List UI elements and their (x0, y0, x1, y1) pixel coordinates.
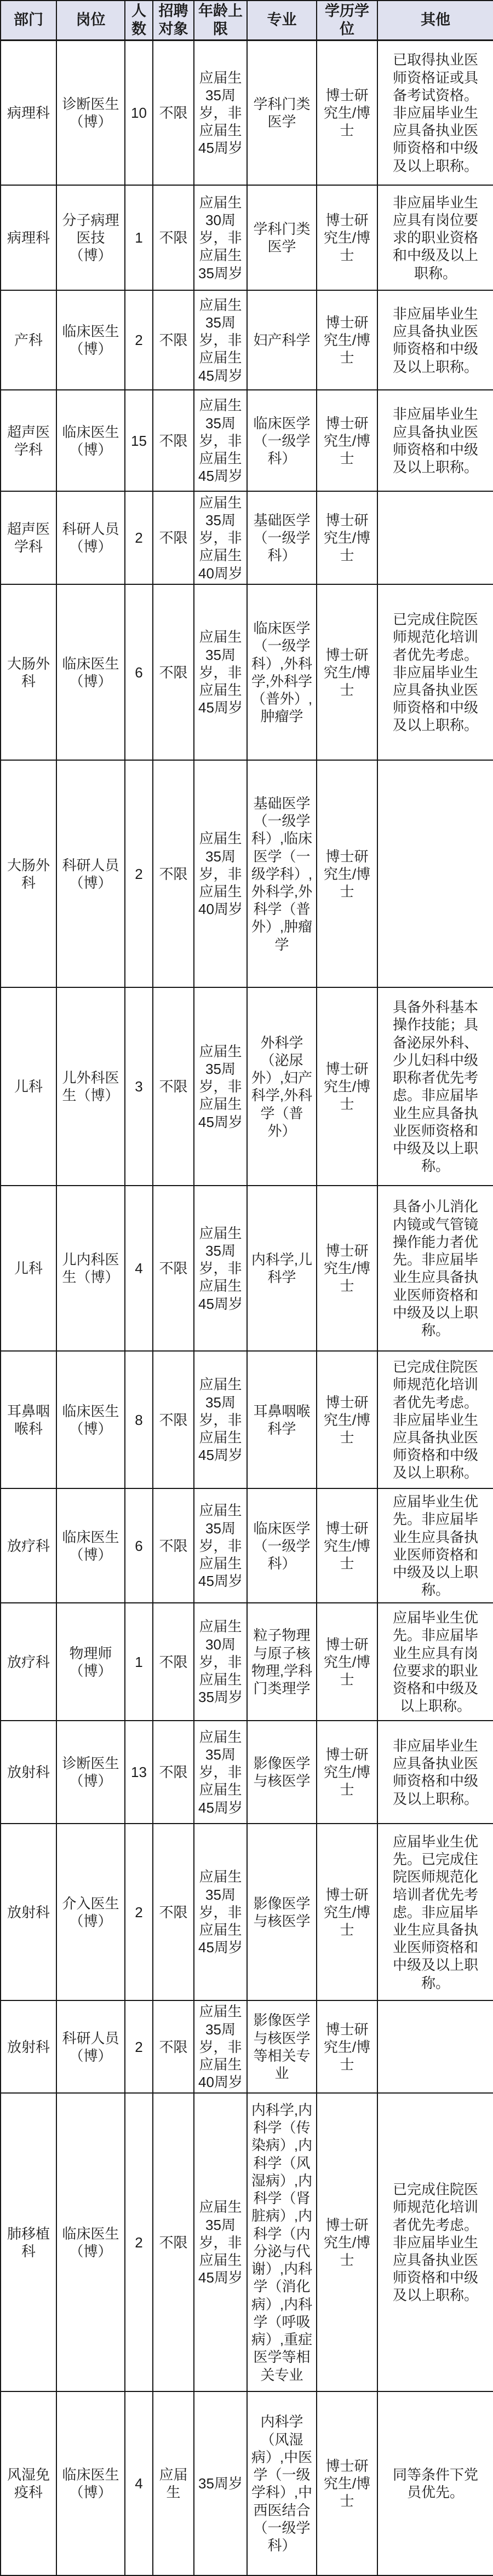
cell-count: 13 (125, 1721, 153, 1824)
cell-age-limit: 应届生35周岁，非应届生45周岁 (194, 390, 247, 491)
cell-target: 不限 (153, 987, 194, 1186)
cell-other: 非应届毕业生应具备执业医师资格和中级及以上职称。 (377, 390, 493, 491)
table-row: 放疗科 物理师（博） 1 不限 应届生30周岁，非应届生35周岁 粒子物理与原子… (1, 1603, 493, 1721)
cell-degree: 博士研究生/博士 (317, 491, 377, 584)
cell-count: 1 (125, 185, 153, 290)
cell-other: 已完成住院医师规范化培训者优先考虑。非应届毕业生应具备执业医师资格和中级及以上职… (377, 2093, 493, 2391)
cell-major: 影像医学与核医学 (247, 1824, 317, 2000)
cell-department: 放射科 (1, 1721, 56, 1824)
recruitment-table: 部门 岗位 人数 招聘对象 年龄上限 专业 学历学位 其他 病理科 诊断医生（博… (0, 0, 493, 2576)
cell-count: 6 (125, 1488, 153, 1603)
cell-post: 临床医生（博） (56, 1351, 125, 1488)
cell-department: 放疗科 (1, 1488, 56, 1603)
cell-other: 非应届毕业生应具备执业医师资格和中级及以上职称。 (377, 1721, 493, 1824)
cell-other: 已完成住院医师规范化培训者优先考虑。非应届毕业生应具备执业医师资格和中级及以上职… (377, 1351, 493, 1488)
cell-other (377, 2000, 493, 2093)
table-row: 超声医学科 科研人员（博） 2 不限 应届生35周岁，非应届生40周岁 基础医学… (1, 491, 493, 584)
cell-major: 耳鼻咽喉科学 (247, 1351, 317, 1488)
cell-count: 2 (125, 2000, 153, 2093)
cell-degree: 博士研究生/博士 (317, 1488, 377, 1603)
cell-target: 不限 (153, 1351, 194, 1488)
cell-department: 放射科 (1, 1824, 56, 2000)
cell-target: 不限 (153, 584, 194, 760)
cell-age-limit: 应届生35周岁，非应届生45周岁 (194, 1186, 247, 1351)
cell-major: 基础医学（一级学科） (247, 491, 317, 584)
column-header-degree: 学历学位 (317, 1, 377, 40)
table-row: 风湿免疫科 临床医生（博） 4 应届生 35周岁 内科学（风湿病）,中医学（一级… (1, 2391, 493, 2575)
cell-post: 临床医生（博） (56, 584, 125, 760)
cell-department: 超声医学科 (1, 491, 56, 584)
cell-degree: 博士研究生/博士 (317, 1824, 377, 2000)
cell-target: 不限 (153, 1488, 194, 1603)
cell-post: 分子病理医技（博） (56, 185, 125, 290)
cell-major: 影像医学与核医学等相关专业 (247, 2000, 317, 2093)
cell-target: 不限 (153, 2093, 194, 2391)
table-row: 超声医学科 临床医生（博） 15 不限 应届生35周岁，非应届生45周岁 临床医… (1, 390, 493, 491)
cell-degree: 博士研究生/博士 (317, 987, 377, 1186)
cell-count: 10 (125, 40, 153, 185)
cell-other: 同等条件下党员优先。 (377, 2391, 493, 2575)
cell-count: 2 (125, 760, 153, 987)
cell-age-limit: 应届生35周岁，非应届生45周岁 (194, 987, 247, 1186)
cell-post: 儿外科医生（博） (56, 987, 125, 1186)
cell-post: 儿内科医生（博） (56, 1186, 125, 1351)
table-row: 肺移植科 临床医生（博） 2 不限 应届生35周岁，非应届生45周岁 内科学,内… (1, 2093, 493, 2391)
cell-degree: 博士研究生/博士 (317, 390, 377, 491)
table-row: 放射科 诊断医生（博） 13 不限 应届生35周岁，非应届生45周岁 影像医学与… (1, 1721, 493, 1824)
cell-department: 产科 (1, 290, 56, 390)
cell-department: 放射科 (1, 2000, 56, 2093)
table-row: 病理科 诊断医生（博） 10 不限 应届生35周岁，非应届生45周岁 学科门类医… (1, 40, 493, 185)
cell-count: 2 (125, 1824, 153, 2000)
cell-degree: 博士研究生/博士 (317, 2391, 377, 2575)
table-row: 耳鼻咽喉科 临床医生（博） 8 不限 应届生35周岁，非应届生45周岁 耳鼻咽喉… (1, 1351, 493, 1488)
cell-department: 儿科 (1, 1186, 56, 1351)
table-row: 产科 临床医生（博） 2 不限 应届生35周岁，非应届生45周岁 妇产科学 博士… (1, 290, 493, 390)
cell-age-limit: 应届生35周岁，非应届生45周岁 (194, 1824, 247, 2000)
table-row: 放射科 科研人员（博） 2 不限 应届生35周岁，非应届生40周岁 影像医学与核… (1, 2000, 493, 2093)
cell-other: 应届毕业生优先。非应届毕业生应具有岗位要求的职业资格和中级及以上职称。 (377, 1603, 493, 1721)
cell-department: 肺移植科 (1, 2093, 56, 2391)
cell-other: 具备外科基本操作技能；具备泌尿外科、少儿妇科中级职称者优先考虑。非应届毕业生应具… (377, 987, 493, 1186)
table-row: 病理科 分子病理医技（博） 1 不限 应届生30周岁，非应届生35周岁 学科门类… (1, 185, 493, 290)
cell-count: 2 (125, 2093, 153, 2391)
column-header-major: 专业 (247, 1, 317, 40)
cell-other: 已取得执业医师资格证或具备考试资格。非应届毕业生应具备执业医师资格和中级及以上职… (377, 40, 493, 185)
cell-count: 3 (125, 987, 153, 1186)
cell-major: 外科学（泌尿外）,妇产科学,外科学（普外） (247, 987, 317, 1186)
column-header-other: 其他 (377, 1, 493, 40)
cell-department: 风湿免疫科 (1, 2391, 56, 2575)
cell-age-limit: 应届生35周岁，非应届生45周岁 (194, 2093, 247, 2391)
cell-post: 物理师（博） (56, 1603, 125, 1721)
table-row: 儿科 儿内科医生（博） 4 不限 应届生35周岁，非应届生45周岁 内科学,儿科… (1, 1186, 493, 1351)
cell-target: 不限 (153, 1721, 194, 1824)
cell-age-limit: 应届生35周岁，非应届生45周岁 (194, 1488, 247, 1603)
cell-department: 病理科 (1, 40, 56, 185)
cell-department: 大肠外科 (1, 584, 56, 760)
table-row: 大肠外科 科研人员（博） 2 不限 应届生35周岁，非应届生40周岁 基础医学（… (1, 760, 493, 987)
cell-major: 临床医学（一级学科） (247, 390, 317, 491)
cell-department: 儿科 (1, 987, 56, 1186)
table-row: 放射科 介入医生（博） 2 不限 应届生35周岁，非应届生45周岁 影像医学与核… (1, 1824, 493, 2000)
cell-target: 应届生 (153, 2391, 194, 2575)
cell-major: 临床医学（一级学科） (247, 1488, 317, 1603)
cell-other (377, 491, 493, 584)
cell-target: 不限 (153, 491, 194, 584)
cell-target: 不限 (153, 290, 194, 390)
cell-major: 临床医学（一级学科）,外科学,外科学（普外）,肿瘤学 (247, 584, 317, 760)
cell-count: 2 (125, 290, 153, 390)
cell-post: 诊断医生（博） (56, 40, 125, 185)
cell-major: 妇产科学 (247, 290, 317, 390)
column-header-department: 部门 (1, 1, 56, 40)
cell-major: 基础医学（一级学科）,临床医学（一级学科）,外科学,外科学（普外）,肿瘤学 (247, 760, 317, 987)
cell-count: 6 (125, 584, 153, 760)
cell-degree: 博士研究生/博士 (317, 40, 377, 185)
cell-degree: 博士研究生/博士 (317, 1351, 377, 1488)
column-header-target: 招聘对象 (153, 1, 194, 40)
header-row: 部门 岗位 人数 招聘对象 年龄上限 专业 学历学位 其他 (1, 1, 493, 40)
cell-other: 具备小儿消化内镜或气管镜操作能力者优先。非应届毕业生应具备执业医师资格和中级及以… (377, 1186, 493, 1351)
cell-age-limit: 35周岁 (194, 2391, 247, 2575)
cell-degree: 博士研究生/博士 (317, 1186, 377, 1351)
cell-target: 不限 (153, 1824, 194, 2000)
cell-age-limit: 应届生35周岁，非应届生45周岁 (194, 584, 247, 760)
cell-major: 内科学（风湿病）,中医学（一级学科）,中西医结合（一级学科） (247, 2391, 317, 2575)
cell-post: 临床医生（博） (56, 290, 125, 390)
cell-department: 放疗科 (1, 1603, 56, 1721)
cell-count: 4 (125, 1186, 153, 1351)
cell-age-limit: 应届生30周岁，非应届生35周岁 (194, 1603, 247, 1721)
cell-age-limit: 应届生35周岁，非应届生40周岁 (194, 760, 247, 987)
cell-age-limit: 应届生35周岁，非应届生45周岁 (194, 1351, 247, 1488)
cell-count: 2 (125, 491, 153, 584)
cell-major: 学科门类医学 (247, 40, 317, 185)
cell-count: 15 (125, 390, 153, 491)
cell-target: 不限 (153, 760, 194, 987)
cell-other: 应届毕业生优先。已完成住院医师规范化培训者优先考虑。非应届毕业生应具备执业医师资… (377, 1824, 493, 2000)
table-row: 放疗科 临床医生（博） 6 不限 应届生35周岁，非应届生45周岁 临床医学（一… (1, 1488, 493, 1603)
cell-post: 诊断医生（博） (56, 1721, 125, 1824)
cell-target: 不限 (153, 40, 194, 185)
cell-major: 粒子物理与原子核物理,学科门类理学 (247, 1603, 317, 1721)
cell-target: 不限 (153, 1603, 194, 1721)
cell-post: 介入医生（博） (56, 1824, 125, 2000)
cell-department: 超声医学科 (1, 390, 56, 491)
cell-target: 不限 (153, 390, 194, 491)
cell-age-limit: 应届生35周岁，非应届生40周岁 (194, 491, 247, 584)
cell-degree: 博士研究生/博士 (317, 584, 377, 760)
cell-age-limit: 应届生35周岁，非应届生45周岁 (194, 290, 247, 390)
cell-age-limit: 应届生35周岁，非应届生45周岁 (194, 40, 247, 185)
cell-major: 内科学,内科学（传染病）,内科学（风湿病）,内科学（肾脏病）,内科学（内分泌与代… (247, 2093, 317, 2391)
cell-count: 1 (125, 1603, 153, 1721)
cell-other: 非应届毕业生应具有岗位要求的职业资格和中级及以上职称。 (377, 185, 493, 290)
cell-degree: 博士研究生/博士 (317, 1603, 377, 1721)
cell-post: 临床医生（博） (56, 2391, 125, 2575)
cell-other: 应届毕业生优先。非应届毕业生应具备执业医师资格和中级及以上职称。 (377, 1488, 493, 1603)
cell-age-limit: 应届生35周岁，非应届生40周岁 (194, 2000, 247, 2093)
column-header-age-limit: 年龄上限 (194, 1, 247, 40)
cell-degree: 博士研究生/博士 (317, 1721, 377, 1824)
cell-major: 学科门类医学 (247, 185, 317, 290)
table-row: 大肠外科 临床医生（博） 6 不限 应届生35周岁，非应届生45周岁 临床医学（… (1, 584, 493, 760)
cell-degree: 博士研究生/博士 (317, 760, 377, 987)
cell-target: 不限 (153, 185, 194, 290)
cell-other (377, 760, 493, 987)
cell-other: 非应届毕业生应具备执业医师资格和中级及以上职称。 (377, 290, 493, 390)
cell-major: 内科学,儿科学 (247, 1186, 317, 1351)
cell-post: 临床医生（博） (56, 1488, 125, 1603)
cell-post: 临床医生（博） (56, 390, 125, 491)
cell-other: 已完成住院医师规范化培训者优先考虑。非应届毕业生应具备执业医师资格和中级及以上职… (377, 584, 493, 760)
cell-degree: 博士研究生/博士 (317, 2000, 377, 2093)
column-header-count: 人数 (125, 1, 153, 40)
cell-age-limit: 应届生30周岁，非应届生35周岁 (194, 185, 247, 290)
column-header-post: 岗位 (56, 1, 125, 40)
cell-degree: 博士研究生/博士 (317, 290, 377, 390)
cell-department: 大肠外科 (1, 760, 56, 987)
cell-major: 影像医学与核医学 (247, 1721, 317, 1824)
cell-department: 耳鼻咽喉科 (1, 1351, 56, 1488)
cell-post: 科研人员（博） (56, 760, 125, 987)
cell-count: 8 (125, 1351, 153, 1488)
cell-post: 科研人员（博） (56, 2000, 125, 2093)
cell-degree: 博士研究生/博士 (317, 2093, 377, 2391)
cell-count: 4 (125, 2391, 153, 2575)
cell-age-limit: 应届生35周岁，非应届生45周岁 (194, 1721, 247, 1824)
cell-target: 不限 (153, 2000, 194, 2093)
table-row: 儿科 儿外科医生（博） 3 不限 应届生35周岁，非应届生45周岁 外科学（泌尿… (1, 987, 493, 1186)
cell-department: 病理科 (1, 185, 56, 290)
cell-post: 临床医生（博） (56, 2093, 125, 2391)
cell-target: 不限 (153, 1186, 194, 1351)
cell-post: 科研人员（博） (56, 491, 125, 584)
cell-degree: 博士研究生/博士 (317, 185, 377, 290)
